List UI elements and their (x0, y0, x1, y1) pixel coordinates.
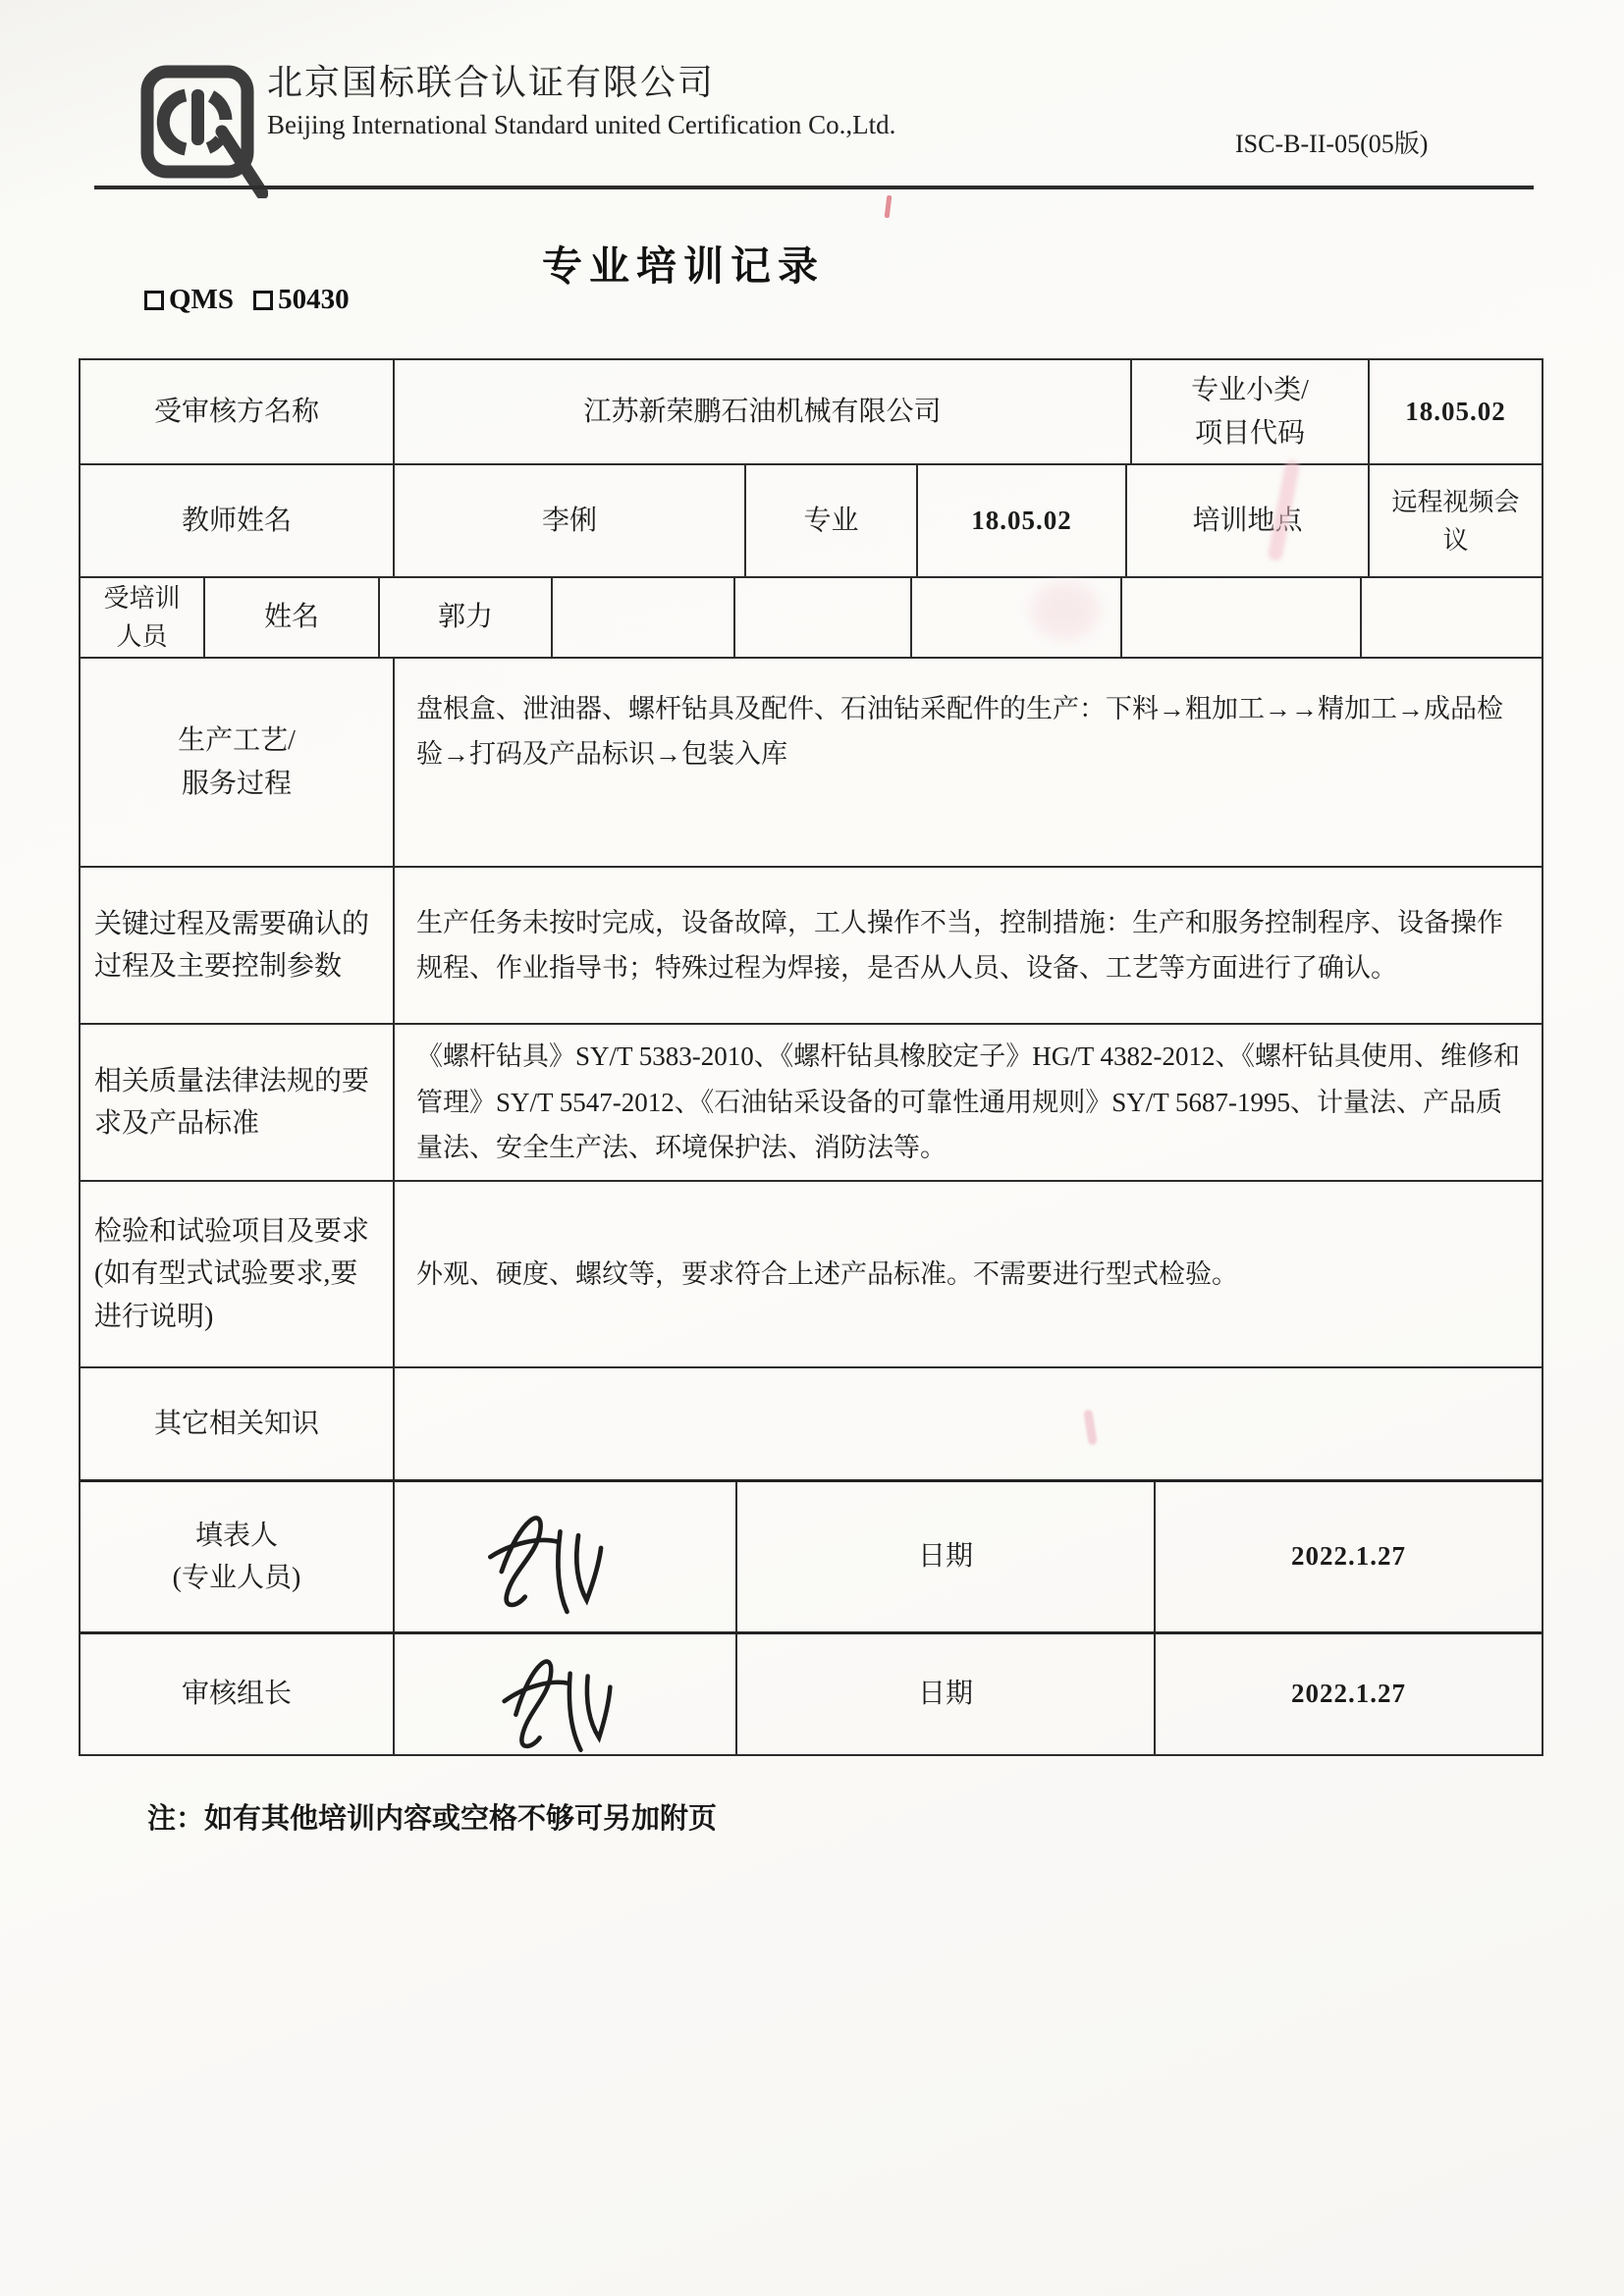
major-value: 18.05.02 (916, 465, 1125, 576)
scanned-training-record-page: 北京国标联合认证有限公司 Beijing International Stand… (0, 0, 1624, 2296)
table-row-auditee: 受审核方名称 江苏新荣鹏石油机械有限公司 专业小类/ 项目代码 18.05.02 (81, 360, 1542, 463)
certification-logo-icon (138, 63, 268, 198)
preparer-signature (393, 1482, 735, 1631)
key-process-label: 关键过程及需要确认的 过程及主要控制参数 (81, 868, 393, 1023)
auditor-signature (393, 1634, 735, 1754)
company-name-en: Beijing International Standard united Ce… (267, 110, 895, 140)
checkbox-square-icon (144, 291, 164, 310)
footer-note: 注：如有其他培训内容或空格不够可另加附页 (147, 1796, 717, 1837)
table-row-inspection: 检验和试验项目及要求 (如有型式试验要求,要 进行说明) 外观、硬度、螺纹等，要… (81, 1180, 1542, 1366)
teacher-label: 教师姓名 (81, 465, 393, 576)
scan-artifact-red-mark (885, 195, 893, 218)
inspection-value: 外观、硬度、螺纹等，要求符合上述产品标准。不需要进行型式检验。 (393, 1182, 1542, 1366)
trainee-group-label: 受培训 人员 (81, 578, 203, 657)
auditor-label: 审核组长 (81, 1634, 393, 1754)
checkbox-square-icon (253, 291, 273, 310)
process-label: 生产工艺/ 服务过程 (81, 659, 393, 866)
auditee-label: 受审核方名称 (81, 360, 393, 463)
checkbox-50430-label: 50430 (278, 284, 350, 316)
major-label: 专业 (744, 465, 916, 576)
table-row-preparer: 填表人 (专业人员) 日期 2022.1.27 (81, 1479, 1542, 1631)
category-label: 专业小类/ 项目代码 (1130, 360, 1368, 463)
other-knowledge-value (393, 1368, 1542, 1479)
regulations-label: 相关质量法律法规的要 求及产品标准 (81, 1025, 393, 1180)
trainee-empty-cell (910, 578, 1120, 657)
other-knowledge-label: 其它相关知识 (81, 1368, 393, 1479)
table-row-teacher: 教师姓名 李俐 专业 18.05.02 培训地点 远程视频会议 (81, 463, 1542, 576)
location-label: 培训地点 (1125, 465, 1368, 576)
trainee-empty-cell (733, 578, 910, 657)
trainee-name-label: 姓名 (203, 578, 378, 657)
process-value: 盘根盒、泄油器、螺杆钻具及配件、石油钻采配件的生产：下料→粗加工→→精加工→成品… (393, 659, 1542, 866)
table-row-auditor: 审核组长 日期 2022.1.27 (81, 1631, 1542, 1754)
checkbox-qms: QMS (144, 284, 234, 316)
preparer-date-value: 2022.1.27 (1154, 1482, 1542, 1631)
trainee-empty-cell (1120, 578, 1360, 657)
table-row-process: 生产工艺/ 服务过程 盘根盒、泄油器、螺杆钻具及配件、石油钻采配件的生产：下料→… (81, 657, 1542, 866)
form-code: ISC-B-II-05(05版) (1235, 124, 1428, 160)
standard-checkbox-group: QMS 50430 (144, 284, 350, 316)
preparer-date-label: 日期 (735, 1482, 1154, 1631)
auditor-date-label: 日期 (735, 1634, 1154, 1754)
training-record-table: 受审核方名称 江苏新荣鹏石油机械有限公司 专业小类/ 项目代码 18.05.02… (79, 358, 1543, 1756)
auditor-date-value: 2022.1.27 (1154, 1634, 1542, 1754)
company-name-cn: 北京国标联合认证有限公司 (267, 55, 715, 105)
table-row-key-process: 关键过程及需要确认的 过程及主要控制参数 生产任务未按时完成，设备故障，工人操作… (81, 866, 1542, 1023)
key-process-value: 生产任务未按时完成，设备故障，工人操作不当，控制措施：生产和服务控制程序、设备操… (393, 868, 1542, 1023)
checkbox-50430: 50430 (253, 284, 350, 316)
table-row-regulations: 相关质量法律法规的要 求及产品标准 《螺杆钻具》SY/T 5383-2010、《… (81, 1023, 1542, 1180)
trainee-empty-cell (1360, 578, 1542, 657)
table-row-trainees: 受培训 人员 姓名 郭力 (81, 576, 1542, 657)
inspection-label: 检验和试验项目及要求 (如有型式试验要求,要 进行说明) (81, 1182, 393, 1366)
trainee-name-value: 郭力 (378, 578, 551, 657)
table-row-other-knowledge: 其它相关知识 (81, 1366, 1542, 1479)
location-value: 远程视频会议 (1368, 465, 1542, 576)
auditee-value: 江苏新荣鹏石油机械有限公司 (393, 360, 1130, 463)
preparer-label: 填表人 (专业人员) (81, 1482, 393, 1631)
teacher-value: 李俐 (393, 465, 744, 576)
header-divider (94, 186, 1534, 189)
regulations-value: 《螺杆钻具》SY/T 5383-2010、《螺杆钻具橡胶定子》HG/T 4382… (393, 1025, 1542, 1180)
page-title: 专业培训记录 (542, 234, 825, 292)
checkbox-qms-label: QMS (169, 284, 234, 316)
trainee-empty-cell (551, 578, 733, 657)
category-value: 18.05.02 (1368, 360, 1542, 463)
